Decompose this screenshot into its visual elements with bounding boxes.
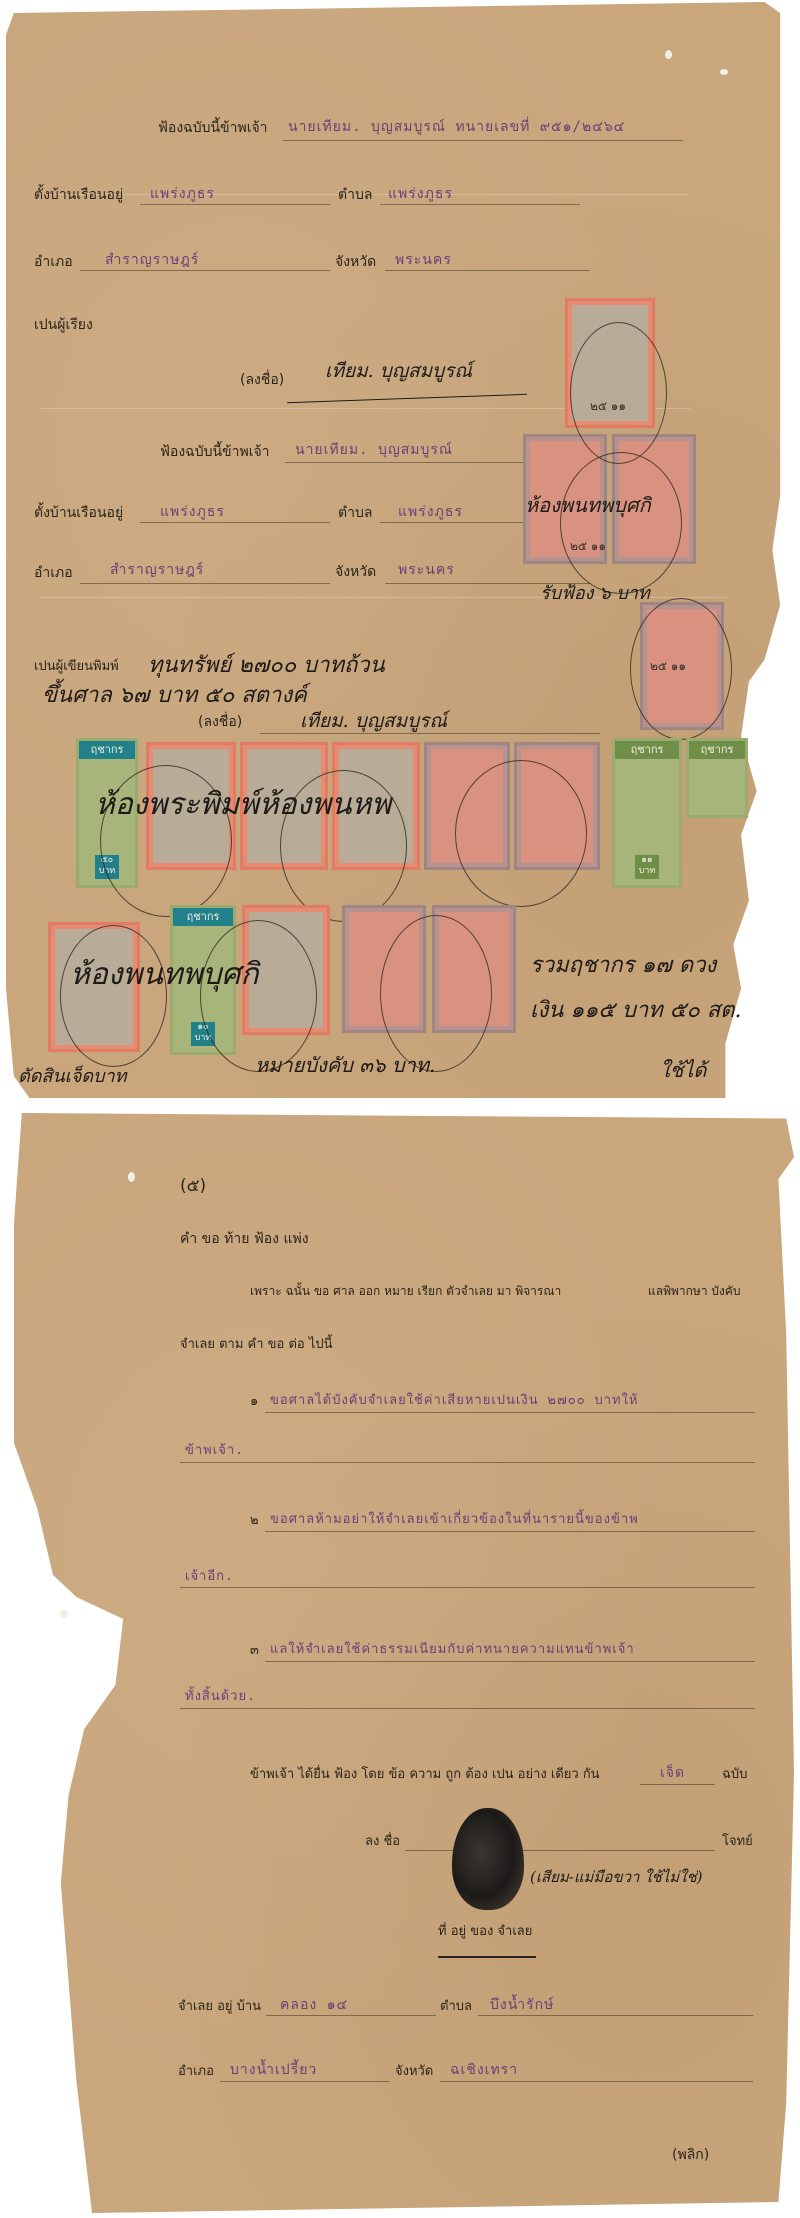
request-number: ๒ xyxy=(250,1514,259,1527)
postmark-cancel xyxy=(380,915,492,1072)
district-value-2: สำราญราษฎร์ xyxy=(110,563,204,577)
stamp-label: ฤชากร xyxy=(689,741,745,759)
district-label: อำเภอ xyxy=(34,255,73,269)
defendant-village-label: จำเลย อยู่ บ้าน xyxy=(178,2000,261,2013)
copies-count: เจ็ด xyxy=(660,1766,685,1780)
fill-line xyxy=(265,1661,755,1662)
copies-unit: ฉบับ xyxy=(722,1768,747,1781)
stamp-cancel-handwriting: ห้องพนทพบุศกิ xyxy=(70,960,259,990)
district-label-2: อำเภอ xyxy=(34,566,73,580)
postmark-date: ๒๕ ๑๑ xyxy=(590,400,626,412)
paper-hole xyxy=(665,50,672,59)
complaint-value: นายเทียม. บุญสมบูรณ์ ทนายเลขที่ ๙๕๑/๒๔๖๔ xyxy=(288,120,625,134)
province-label-2: จังหวัด xyxy=(335,565,376,579)
postmark-cancel xyxy=(560,452,682,594)
request-text-cont: ข้าพเจ้า. xyxy=(185,1444,244,1457)
defendant-heading: ที่ อยู่ ของ จำเลย xyxy=(438,1925,532,1938)
paper-hole xyxy=(60,1610,68,1619)
stamp-cancel-handwriting: ห้องพนทพบุศกิ xyxy=(525,495,651,515)
fill-line xyxy=(285,462,525,463)
postmark-date: ๒๕ ๑๑ xyxy=(570,540,606,552)
defendant-district-value: บางน้ำเปรี้ยว xyxy=(230,2063,317,2077)
subdistrict-label-2: ตำบล xyxy=(338,506,372,520)
initials: ใช้ได้ xyxy=(660,1060,706,1080)
fill-line xyxy=(478,2015,753,2016)
section-heading: คำ ขอ ท้าย ฟ้อง แพ่ง xyxy=(180,1232,309,1246)
plaintiff-label: โจทย์ xyxy=(722,1835,753,1848)
thumbprint-note: (เสียม-แม่มือขวา ใช้ไม่ใช่) xyxy=(530,1870,703,1885)
house-label-2: ตั้งบ้านเรือนอยู่ xyxy=(34,506,123,520)
request-number: ๑ xyxy=(250,1395,258,1408)
postmark-cancel xyxy=(60,925,167,1067)
signature: เทียม. บุญสมบูรณ์ xyxy=(325,362,472,381)
request-intro-2: จำเลย ตาม คำ ขอ ต่อ ไปนี้ xyxy=(180,1338,333,1351)
fill-line xyxy=(405,1850,715,1851)
district-value: สำราญราษฎร์ xyxy=(105,253,199,267)
capital-amount-note: ทุนทรัพย์ ๒๗๐๐ บาทถ้วน xyxy=(148,655,385,677)
province-value: พระนคร xyxy=(395,253,452,267)
request-text-cont: ทั้งสิ้นด้วย. xyxy=(185,1690,256,1703)
province-value-2: พระนคร xyxy=(398,563,455,577)
fill-line xyxy=(140,522,330,523)
stamp-label: ฤชากร xyxy=(79,741,135,759)
house-label: ตั้งบ้านเรือนอยู่ xyxy=(34,188,123,202)
complaint-sheet-back xyxy=(14,1113,794,2213)
fill-line xyxy=(380,204,580,205)
defendant-subdistrict-label: ตำบล xyxy=(440,2000,472,2013)
postmark-cancel xyxy=(200,920,317,1072)
postmark-cancel xyxy=(570,322,667,464)
request-text: ขอศาลห้ามอย่าให้จำเลยเข้าเกี่ยวข้องในที่… xyxy=(270,1513,639,1526)
fill-line xyxy=(283,140,683,141)
fill-line xyxy=(640,1784,715,1785)
fill-line xyxy=(265,1412,755,1413)
revenue-stamp-green: ฤชากร ๑๑ บาท xyxy=(612,738,682,888)
postmark-date: ๒๕ ๑๑ xyxy=(650,660,686,672)
fill-line xyxy=(220,2081,390,2082)
refund-note: หมายบังคับ ๓๖ บาท. xyxy=(255,1055,435,1075)
sign-label: (ลงชื่อ) xyxy=(240,373,284,387)
defendant-village-value: คลอง ๑๔ xyxy=(280,1998,348,2012)
revenue-stamp-green: ฤชากร xyxy=(686,738,748,818)
request-text: ขอศาลได้บังคับจำเลยใช้ค่าเสียหายเปนเงิน … xyxy=(270,1394,639,1407)
stamp-label: ฤชากร xyxy=(173,908,233,926)
heading-underline xyxy=(438,1956,536,1958)
request-intro: เพราะ ฉนั้น ขอ ศาล ออก หมาย เรียก ตัวจำเ… xyxy=(250,1285,561,1297)
stamp-cancel-handwriting: ห้องพระพิมพ์ห้องพนหพ xyxy=(95,790,391,820)
fill-line xyxy=(140,204,330,205)
house-value: แพร่งภูธร xyxy=(150,187,215,201)
fill-line xyxy=(180,1708,755,1709)
fill-line xyxy=(260,733,600,734)
page-number: (๕) xyxy=(180,1178,206,1195)
fill-line xyxy=(385,270,590,271)
defendant-district-label: อำเภอ xyxy=(178,2065,214,2078)
postmark-cancel xyxy=(455,760,587,907)
complaint-label: ฟ้องฉบับนี้ข้าพเจ้า xyxy=(158,121,268,135)
fill-line xyxy=(80,270,330,271)
signature-2: เทียม. บุญสมบูรณ์ xyxy=(300,712,447,731)
fill-line xyxy=(180,1462,755,1463)
subdistrict-value-2: แพร่งภูธร xyxy=(398,505,463,519)
role-label: เปนผู้เรียง xyxy=(34,318,93,332)
defendant-province-label: จังหวัด xyxy=(395,2065,433,2078)
request-text: แลให้จำเลยใช้ค่าธรรมเนียมกับค่าทนายความแ… xyxy=(270,1643,635,1656)
thumbprint xyxy=(452,1808,524,1910)
stamp-value: ๑๑ บาท xyxy=(635,855,659,879)
defendant-province-value: ฉเชิงเทรา xyxy=(450,2063,518,2077)
paper-hole xyxy=(128,1172,135,1182)
complaint-label-2: ฟ้องฉบับนี้ข้าพเจ้า xyxy=(160,445,270,459)
total-stamps-note: รวมฤชากร ๑๗ ดวง xyxy=(530,955,716,977)
fill-line xyxy=(266,2015,436,2016)
writer-role-label: เปนผู้เขียนพิมพ์ xyxy=(34,660,119,673)
paper-hole xyxy=(720,69,728,75)
fill-line xyxy=(265,1531,755,1532)
complaint-value-2: นายเทียม. บุญสมบูรณ์ xyxy=(295,443,453,457)
total-amount-note: เงิน ๑๑๕ บาท ๕๐ สต. xyxy=(530,1000,741,1022)
stamp-label: ฤชากร xyxy=(615,741,679,759)
house-value-2: แพร่งภูธร xyxy=(160,505,225,519)
request-number: ๓ xyxy=(250,1644,259,1657)
province-label: จังหวัด xyxy=(335,255,376,269)
sign-label-2: (ลงชื่อ) xyxy=(198,715,242,729)
fill-line xyxy=(440,2081,753,2082)
fill-line xyxy=(380,522,525,523)
request-text-cont: เจ้าอีก. xyxy=(185,1570,234,1583)
judgment-note: ตัดสินเจ็ดบาท xyxy=(18,1068,126,1086)
sign-label-back: ลง ชื่อ xyxy=(365,1835,400,1848)
subdistrict-value: แพร่งภูธร xyxy=(388,187,453,201)
request-intro-end: แลพิพากษา บังคับ xyxy=(648,1285,741,1297)
subdistrict-label: ตำบล xyxy=(338,188,372,202)
turn-over-label: (พลิก) xyxy=(672,2148,709,2162)
defendant-subdistrict-value: บึงน้ำรักษ์ xyxy=(490,1998,554,2012)
fill-line xyxy=(80,583,330,584)
court-fee-note: ขึ้นศาล ๖๗ บาท ๕๐ สตางค์ xyxy=(42,685,307,707)
fill-line xyxy=(180,1587,755,1588)
copies-statement: ข้าพเจ้า ได้ยื่น ฟ้อง โดย ข้อ ความ ถูก ต… xyxy=(250,1768,600,1781)
